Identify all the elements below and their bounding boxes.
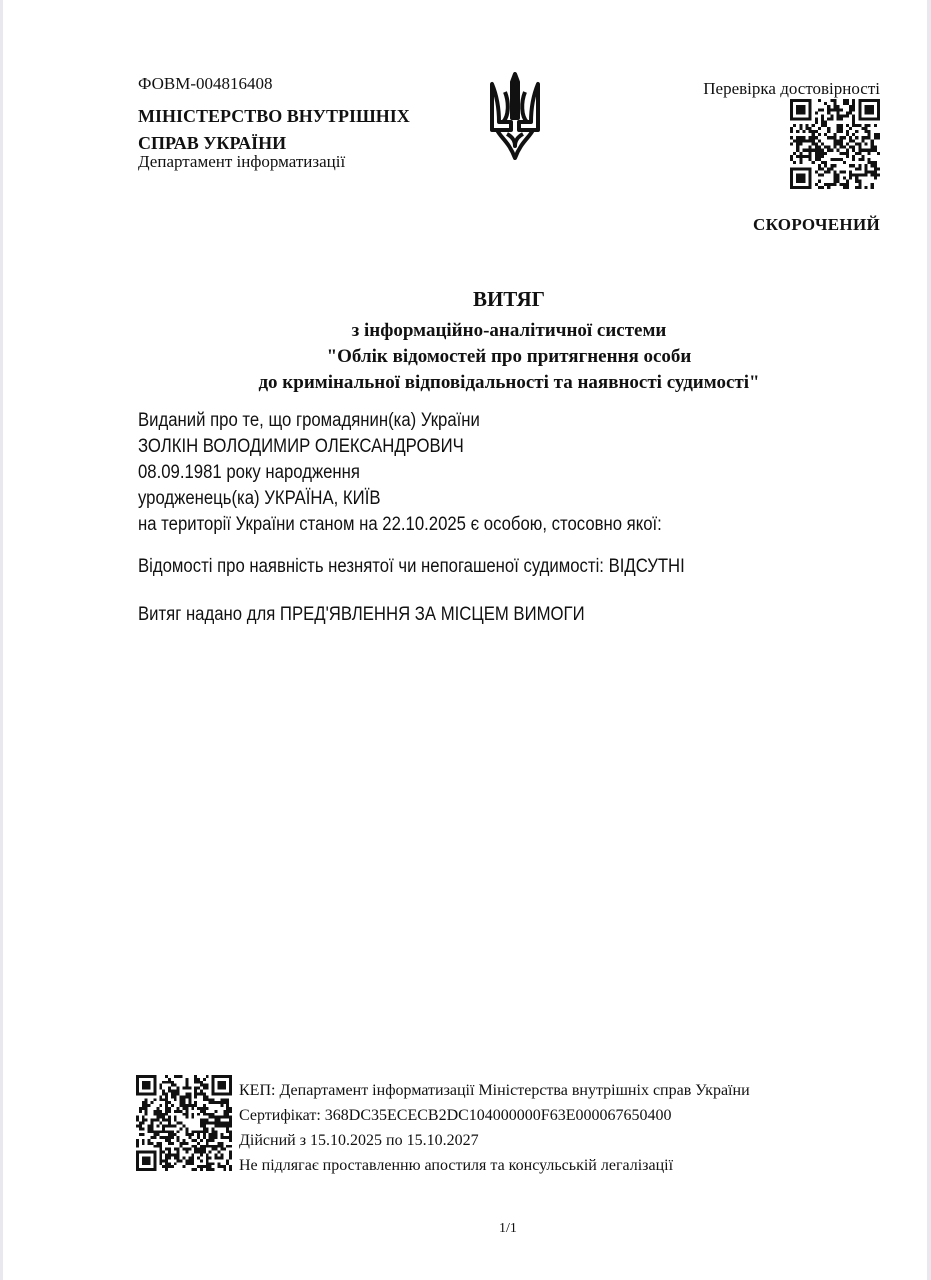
electronic-signature-block: КЕП: Департамент інформатизації Міністер…	[239, 1078, 750, 1178]
verification-label: Перевірка достовірності	[703, 79, 880, 99]
signature-qr-code-icon[interactable]	[136, 1075, 232, 1171]
birthplace: уродженець(ка) УКРАЇНА, КИЇВ	[138, 486, 662, 512]
document-title: ВИТЯГ	[3, 287, 931, 312]
birth-date: 08.09.1981 року народження	[138, 460, 662, 486]
person-full-name: ЗОЛКІН ВОЛОДИМИР ОЛЕКСАНДРОВИЧ	[138, 434, 662, 460]
certificate-line: Сертифікат: 368DC35ECECB2DC104000000F63E…	[239, 1103, 750, 1128]
criminal-records-status: Відомості про наявність незнятої чи непо…	[138, 556, 685, 578]
extract-purpose: Витяг надано для ПРЕД'ЯВЛЕННЯ ЗА МІСЦЕМ …	[138, 604, 585, 626]
subtitle-line-1: з інформаційно-аналітичної системи	[3, 318, 931, 344]
department-name: Департамент інформатизації	[138, 152, 345, 172]
document-subtitle: з інформаційно-аналітичної системи "Облі…	[3, 318, 931, 396]
document-page: ФОВМ-004816408 МІНІСТЕРСТВО ВНУТРІШНІХ С…	[3, 0, 927, 1280]
subtitle-line-3: до кримінальної відповідальності та наяв…	[3, 370, 931, 396]
status-statement: на території України станом на 22.10.202…	[138, 512, 662, 538]
qr-code-icon[interactable]	[790, 99, 880, 189]
ministry-line-1: МІНІСТЕРСТВО ВНУТРІШНІХ	[138, 103, 410, 130]
trident-coat-of-arms-icon	[487, 72, 543, 160]
subtitle-line-2: "Облік відомостей про притягнення особи	[3, 344, 931, 370]
intro-text: Виданий про те, що громадянин(ка) Україн…	[138, 408, 662, 434]
apostille-note: Не підлягає проставленню апостиля та кон…	[239, 1153, 750, 1178]
page-number: 1/1	[499, 1221, 517, 1237]
kep-line: КЕП: Департамент інформатизації Міністер…	[239, 1078, 750, 1103]
document-number: ФОВМ-004816408	[138, 74, 273, 94]
validity-line: Дійсний з 15.10.2025 по 15.10.2027	[239, 1128, 750, 1153]
extract-type: СКОРОЧЕНИЙ	[753, 215, 880, 235]
ministry-name: МІНІСТЕРСТВО ВНУТРІШНІХ СПРАВ УКРАЇНИ	[138, 103, 410, 157]
person-details: Виданий про те, що громадянин(ка) Україн…	[138, 408, 662, 538]
